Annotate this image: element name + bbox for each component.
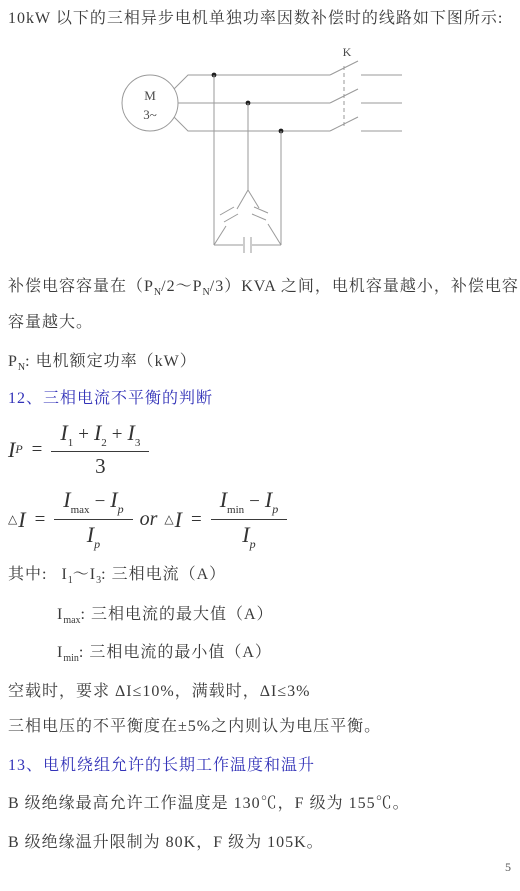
where-line3-text: : 三相电流的最小值（A） [79, 644, 272, 661]
intro-line: 10kW 以下的三相异步电机单独功率因数补偿时的线路如下图所示: [8, 9, 503, 28]
formula-average-current: IP = I1+I2+I3 3 [8, 420, 149, 479]
minus-sign: − [244, 491, 265, 512]
formula-var: I [18, 507, 25, 533]
phase-wires [174, 75, 402, 131]
formula-subscript: 3 [135, 437, 141, 449]
switch-label-k: K [343, 45, 352, 59]
pn-symbol: P [144, 278, 154, 295]
motor-label-3ph: 3~ [143, 107, 157, 122]
capacitor-delta [214, 190, 281, 253]
equals-sign: = [191, 509, 202, 531]
capacitor-left-plate-2 [224, 214, 238, 222]
pn-symbol: P [8, 353, 18, 370]
delta-left-upper [237, 190, 248, 209]
pn-subscript: N [203, 287, 210, 298]
formula-var: I [127, 420, 134, 445]
formula-var: I [242, 522, 249, 547]
para-text: /3）KVA 之间，电机容量越小，补偿电容 [210, 278, 519, 295]
section-13-heading: 13、电机绕组允许的长期工作温度和温升 [8, 756, 315, 775]
delta-symbol: △ [164, 512, 173, 527]
load-condition-line: 空载时，要求 ΔI≤10%，满载时，ΔI≤3% [8, 682, 310, 701]
formula-subscript: min [227, 504, 244, 516]
insulation-temp-line: B 级绝缘最高允许工作温度是 130℃，F 级为 155℃。 [8, 794, 410, 813]
equals-sign: = [35, 509, 46, 531]
section-12-heading: 12、三相电流不平衡的判断 [8, 389, 213, 408]
compensation-paragraph-line1: 补偿电容容量在（PN/2～PN/3）KVA 之间，电机容量越小，补偿电容 [8, 277, 519, 299]
fraction-numerator: Imax−Ip [54, 487, 132, 520]
where-line2-text: : 三相电流的最大值（A） [81, 606, 274, 623]
fraction-denominator: Ip [87, 520, 100, 552]
formula-subscript: P [15, 442, 22, 457]
delta-right-lower [268, 224, 281, 245]
pn-symbol: P [193, 278, 203, 295]
switch-k: K [330, 45, 358, 131]
plus-sign: + [107, 424, 128, 445]
formula-var: I [87, 522, 94, 547]
compensation-paragraph-line2: 容量越大。 [8, 313, 93, 332]
capacitor-right-plate-1 [254, 207, 268, 213]
pn-definition-line: PN: 电机额定功率（kW） [8, 352, 197, 374]
fraction-numerator: I1+I2+I3 [51, 420, 149, 452]
where-label: 其中: [8, 566, 47, 583]
fraction: Imin−Ip Ip [211, 487, 288, 552]
where-line-2: Imax: 三相电流的最大值（A） [57, 605, 274, 627]
formula-number: 3 [95, 454, 106, 478]
phase-wire-3 [174, 117, 330, 131]
formula-subscript: p [94, 537, 100, 551]
capacitor-taps [212, 73, 284, 245]
fraction: Imax−Ip Ip [54, 487, 132, 552]
tilde-range: ～ [73, 566, 90, 583]
formula-var: I [175, 507, 182, 533]
formula-var: I [60, 420, 67, 445]
or-label: or [140, 508, 158, 531]
capacitor-left-plate-1 [220, 207, 234, 215]
formula-var: I [110, 487, 117, 512]
equals-sign: = [32, 439, 43, 461]
phase-wire-1 [174, 75, 330, 89]
minus-sign: − [90, 491, 111, 512]
formula-subscript: p [272, 502, 278, 516]
document-page: 10kW 以下的三相异步电机单独功率因数补偿时的线路如下图所示: M 3~ K [0, 0, 520, 891]
fraction-numerator: Imin−Ip [211, 487, 288, 520]
formula-unbalance: △I = Imax−Ip Ip or △I = Imin−Ip Ip [8, 487, 287, 552]
fraction-denominator: 3 [95, 452, 106, 479]
formula-var: I [220, 487, 227, 512]
pn-definition-text: : 电机额定功率（kW） [25, 353, 197, 370]
formula-subscript: max [71, 504, 90, 516]
delta-left-lower [214, 226, 226, 245]
formula-subscript: p [250, 537, 256, 551]
formula-var: I [63, 487, 70, 512]
motor-label-m: M [144, 88, 156, 103]
where-line1-text: : 三相电流（A） [101, 566, 226, 583]
current-subscript: max [63, 615, 80, 626]
voltage-balance-line: 三相电压的不平衡度在±5%之内则认为电压平衡。 [8, 717, 381, 736]
para-text: 补偿电容容量在（ [8, 278, 144, 295]
delta-right-upper [248, 190, 259, 208]
motor-circle [122, 75, 178, 131]
where-line-3: Imin: 三相电流的最小值（A） [57, 643, 272, 665]
circuit-diagram: M 3~ K [0, 40, 520, 272]
fraction: I1+I2+I3 3 [51, 420, 149, 479]
fraction-denominator: Ip [242, 520, 255, 552]
page-number: 5 [505, 860, 511, 875]
delta-symbol: △ [8, 512, 17, 527]
formula-subscript: 2 [101, 437, 107, 449]
capacitor-right-plate-2 [252, 214, 266, 220]
plus-sign: + [73, 424, 94, 445]
para-text: /2～ [161, 278, 192, 295]
current-subscript: min [63, 653, 79, 664]
insulation-rise-line: B 级绝缘温升限制为 80K，F 级为 105K。 [8, 833, 324, 852]
formula-subscript: p [118, 502, 124, 516]
where-line-1: 其中:I1～I3: 三相电流（A） [8, 565, 226, 587]
motor-symbol: M 3~ [122, 75, 178, 131]
